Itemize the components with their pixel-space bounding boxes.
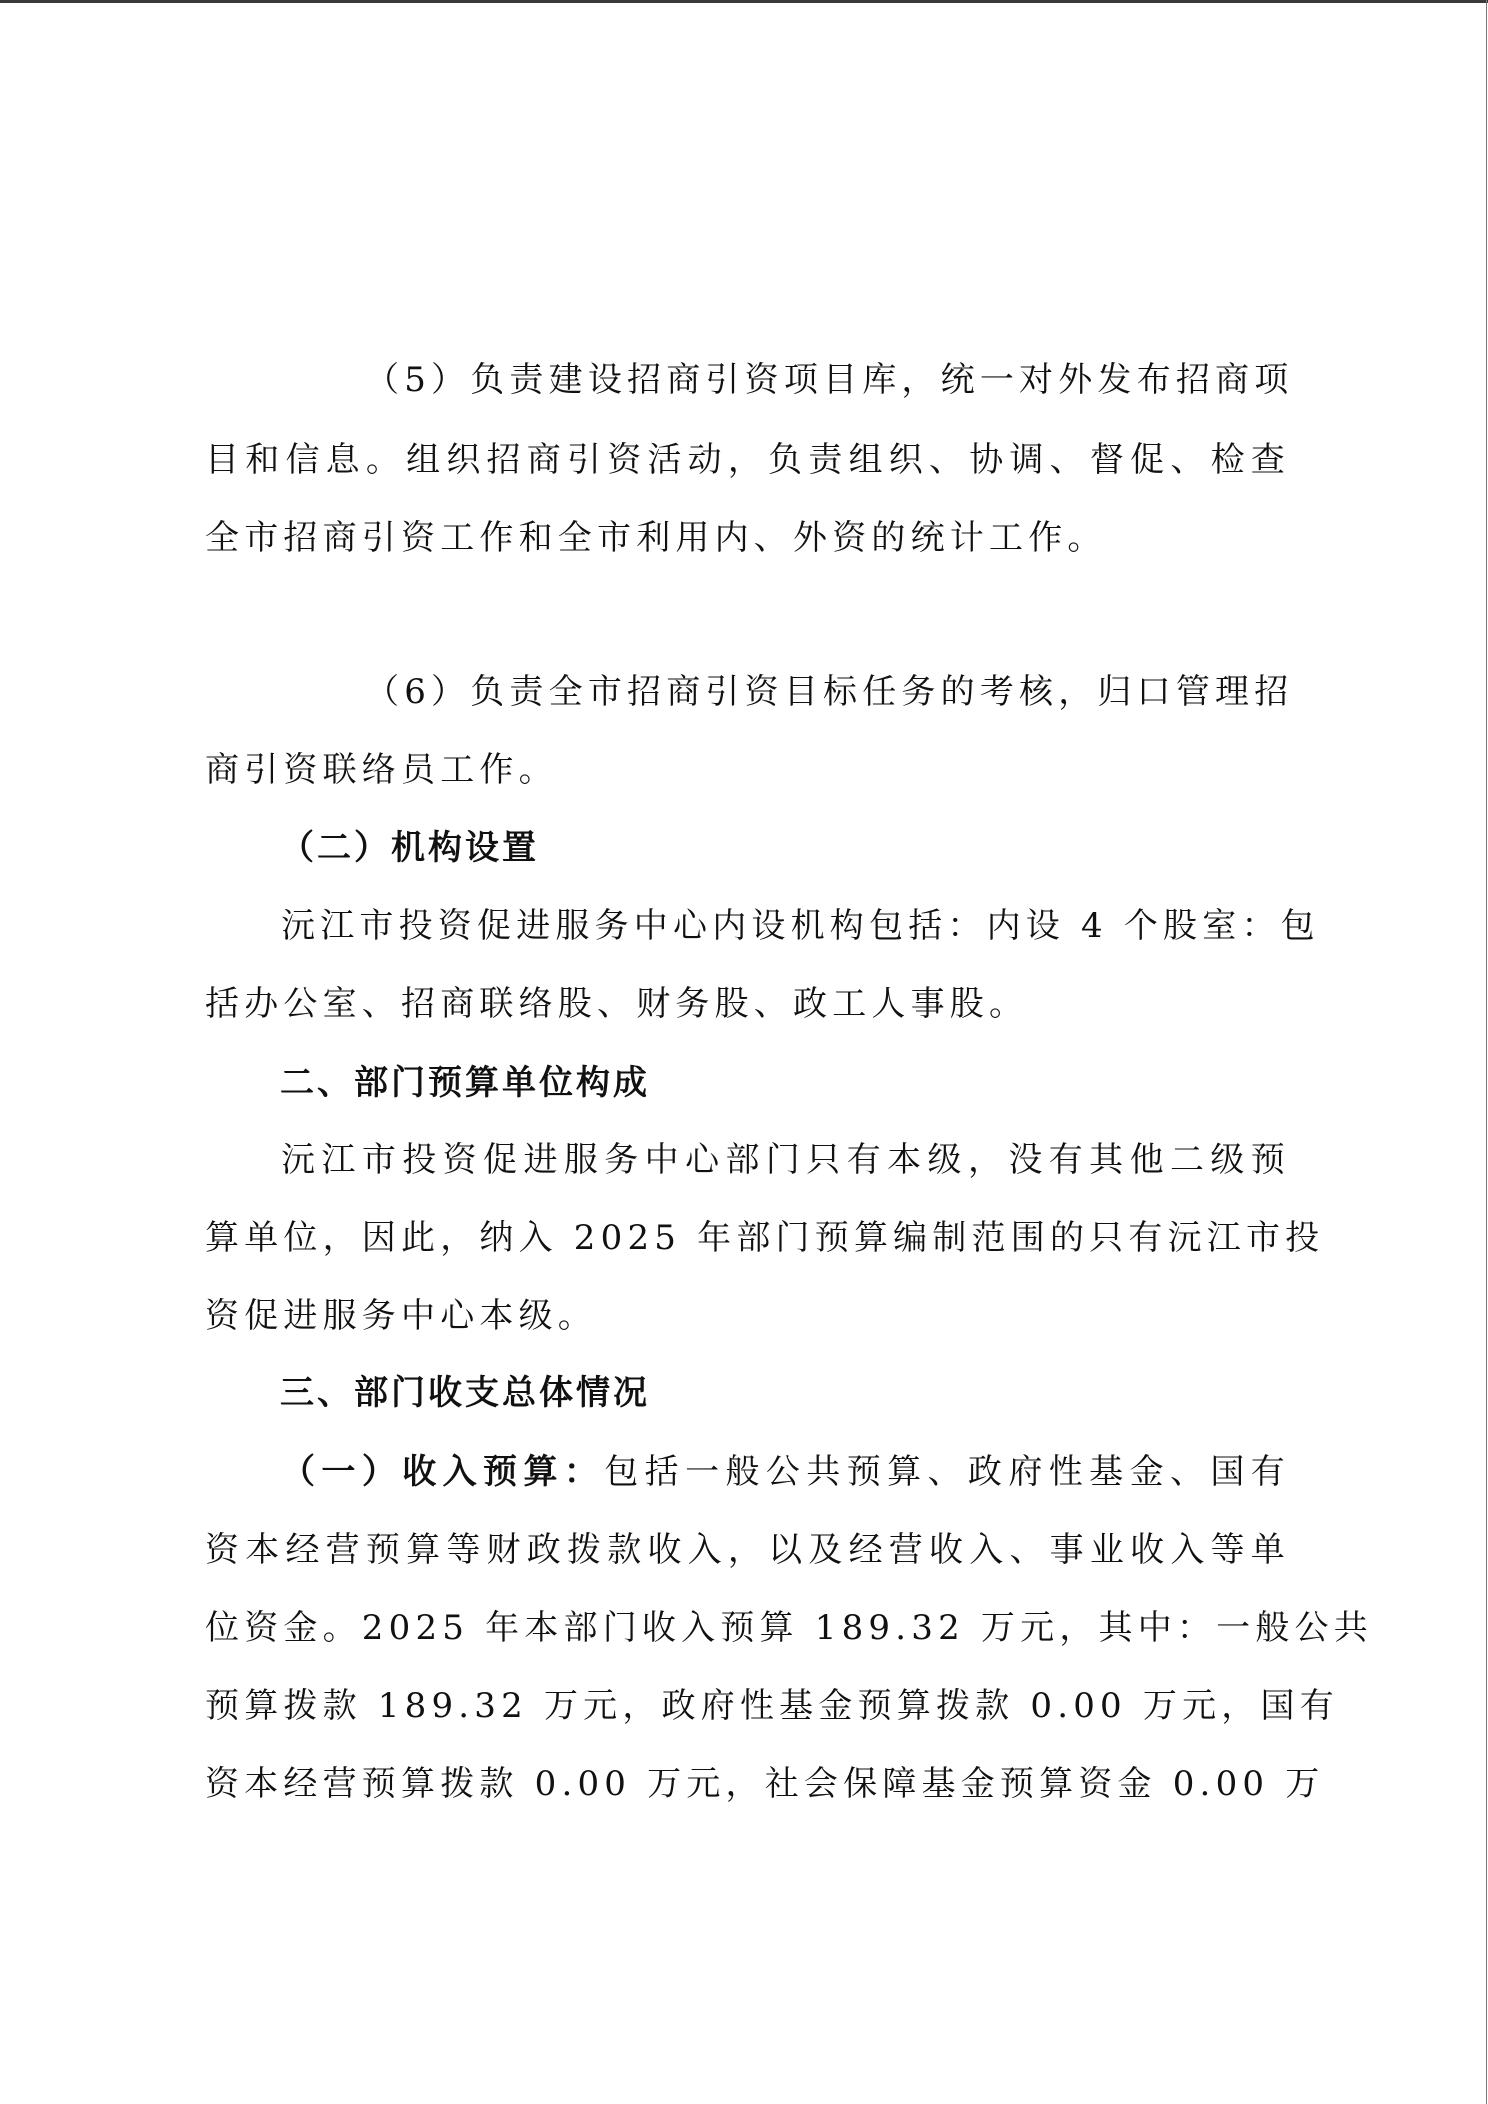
income-budget-first-line-text: 包括一般公共预算、政府性基金、国有 — [604, 1452, 1290, 1492]
org-setup-line-1: 沅江市投资促进服务中心内设机构包括：内设 4 个股室：包 — [281, 906, 1290, 946]
section-org-setup-heading: （二）机构设置 — [280, 828, 1289, 868]
income-budget-line-5: 资本经营预算拨款 0.00 万元，社会保障基金预算资金 0.00 万 — [205, 1764, 1290, 1804]
document-page: （5）负责建设招商引资项目库，统一对外发布招商项 目和信息。组织招商引资活动，负… — [0, 0, 1488, 2104]
org-setup-line-2: 括办公室、招商联络股、财务股、政工人事股。 — [205, 984, 1290, 1024]
section-2-line-1: 沅江市投资促进服务中心部门只有本级，没有其他二级预 — [281, 1140, 1290, 1180]
section-2-line-2: 算单位，因此，纳入 2025 年部门预算编制范围的只有沅江市投 — [205, 1218, 1290, 1258]
section-2-line-3: 资促进服务中心本级。 — [205, 1296, 1290, 1336]
paragraph-6-line-2: 商引资联络员工作。 — [205, 750, 1290, 790]
income-budget-line-4: 预算拨款 189.32 万元，政府性基金预算拨款 0.00 万元，国有 — [205, 1686, 1290, 1726]
section-2-heading: 二、部门预算单位构成 — [280, 1063, 1289, 1103]
income-budget-line-2: 资本经营预算等财政拨款收入，以及经营收入、事业收入等单 — [205, 1530, 1290, 1570]
income-budget-label: （一）收入预算： — [281, 1452, 604, 1492]
paragraph-6-line-1: （6）负责全市招商引资目标任务的考核，归口管理招 — [365, 672, 1290, 712]
income-budget-line-3: 位资金。2025 年本部门收入预算 189.32 万元，其中：一般公共 — [205, 1608, 1290, 1648]
paragraph-5-line-2: 目和信息。组织招商引资活动，负责组织、协调、督促、检查 — [205, 440, 1290, 480]
paragraph-5-line-1: （5）负责建设招商引资项目库，统一对外发布招商项 — [365, 360, 1290, 400]
income-budget-line-1: （一）收入预算：包括一般公共预算、政府性基金、国有 — [281, 1452, 1290, 1492]
section-3-heading: 三、部门收支总体情况 — [280, 1373, 1289, 1413]
paragraph-5-line-3: 全市招商引资工作和全市利用内、外资的统计工作。 — [205, 518, 1290, 558]
